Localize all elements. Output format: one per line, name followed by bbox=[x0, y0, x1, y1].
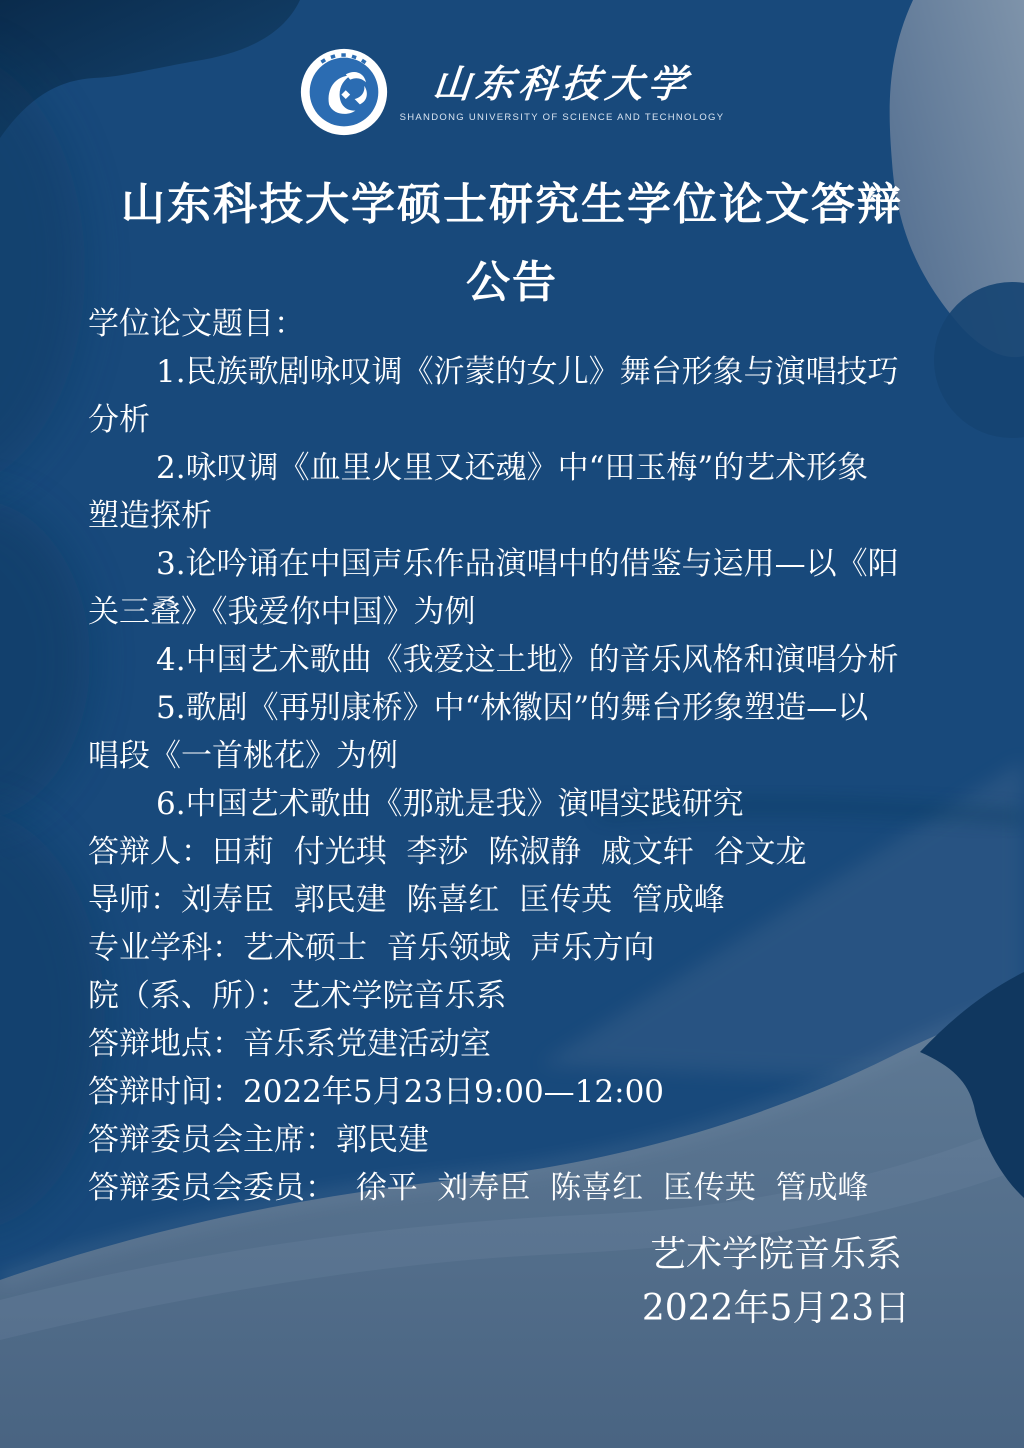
body-line-committee: 答辩委员会委员： 徐平 刘寿臣 陈喜红 匡传英 管成峰 bbox=[88, 1164, 938, 1212]
body-line-chair: 答辩委员会主席：郭民建 bbox=[88, 1116, 938, 1164]
body-line-major: 专业学科：艺术硕士 音乐领域 声乐方向 bbox=[88, 924, 938, 972]
announcement-body: 学位论文题目： 1.民族歌剧咏叹调《沂蒙的女儿》舞台形象与演唱技巧 分析 2.咏… bbox=[88, 300, 938, 1212]
page-title: 山东科技大学硕士研究生学位论文答辩 公告 bbox=[0, 166, 1024, 322]
body-line-thesis-2-wrap: 塑造探析 bbox=[88, 492, 938, 540]
body-line-thesis-3-wrap: 关三叠》《我爱你中国》为例 bbox=[88, 588, 938, 636]
university-logo: 山东科技大学 SHANDONG UNIVERSITY OF SCIENCE AN… bbox=[300, 48, 725, 136]
body-line-thesis-3: 3.论吟诵在中国声乐作品演唱中的借鉴与运用—以《阳 bbox=[88, 540, 938, 588]
body-line-thesis-6: 6.中国艺术歌曲《那就是我》演唱实践研究 bbox=[88, 780, 938, 828]
body-line-defenders: 答辩人：田莉 付光琪 李莎 陈淑静 戚文轩 谷文龙 bbox=[88, 828, 938, 876]
signature-department: 艺术学院音乐系 bbox=[626, 1228, 926, 1282]
signature-date: 2022年5月23日 bbox=[626, 1282, 926, 1336]
body-line-topic-label: 学位论文题目： bbox=[88, 300, 938, 348]
header: 山东科技大学 SHANDONG UNIVERSITY OF SCIENCE AN… bbox=[0, 48, 1024, 136]
body-line-department: 院（系、所）：艺术学院音乐系 bbox=[88, 972, 938, 1020]
signature-block: 艺术学院音乐系 2022年5月23日 bbox=[626, 1228, 926, 1336]
university-name-cn: 山东科技大学 bbox=[431, 61, 693, 107]
body-line-thesis-4: 4.中国艺术歌曲《我爱这土地》的音乐风格和演唱分析 bbox=[88, 636, 938, 684]
title-line-1: 山东科技大学硕士研究生学位论文答辩 bbox=[0, 166, 1024, 244]
thesis-defense-poster: 山东科技大学 SHANDONG UNIVERSITY OF SCIENCE AN… bbox=[0, 0, 1024, 1448]
body-line-thesis-5: 5.歌剧《再别康桥》中“林徽因”的舞台形象塑造—以 bbox=[88, 684, 938, 732]
body-line-thesis-1-wrap: 分析 bbox=[88, 396, 938, 444]
body-line-thesis-5-wrap: 唱段《一首桃花》为例 bbox=[88, 732, 938, 780]
body-line-time: 答辩时间：2022年5月23日9:00—12:00 bbox=[88, 1068, 938, 1116]
body-line-advisors: 导师：刘寿臣 郭民建 陈喜红 匡传英 管成峰 bbox=[88, 876, 938, 924]
body-line-thesis-1: 1.民族歌剧咏叹调《沂蒙的女儿》舞台形象与演唱技巧 bbox=[88, 348, 938, 396]
body-line-location: 答辩地点：音乐系党建活动室 bbox=[88, 1020, 938, 1068]
university-emblem-icon bbox=[300, 48, 388, 136]
university-name-en: SHANDONG UNIVERSITY OF SCIENCE AND TECHN… bbox=[400, 112, 725, 123]
body-line-thesis-2: 2.咏叹调《血里火里又还魂》中“田玉梅”的艺术形象 bbox=[88, 444, 938, 492]
logo-texts: 山东科技大学 SHANDONG UNIVERSITY OF SCIENCE AN… bbox=[400, 61, 725, 123]
